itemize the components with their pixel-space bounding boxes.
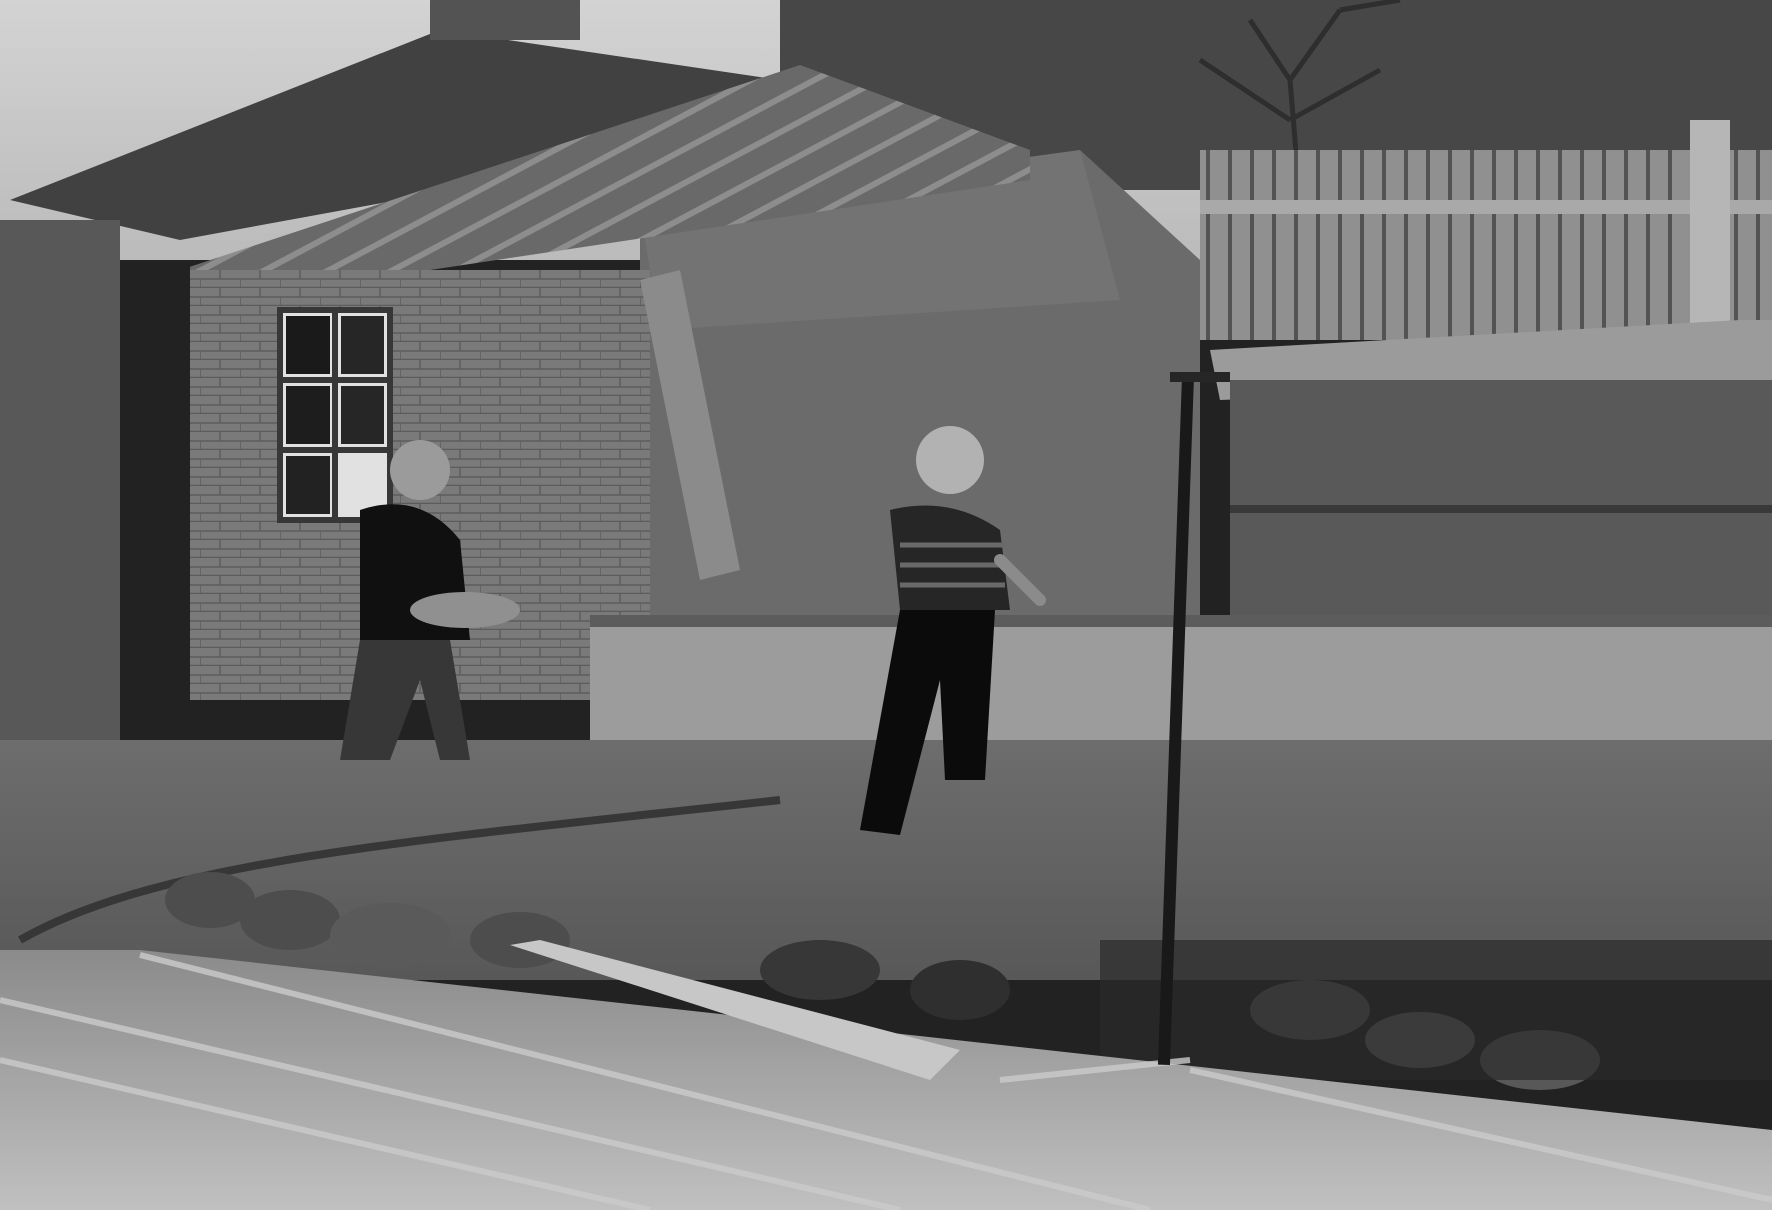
chimney (430, 0, 580, 40)
right-shed-wall (1230, 380, 1772, 620)
left-wall (0, 220, 120, 740)
dark-grass (1100, 940, 1772, 1080)
photograph (0, 0, 1772, 1210)
window (280, 310, 390, 520)
shed-doorway (110, 260, 190, 730)
wooden-fence (1200, 150, 1772, 340)
